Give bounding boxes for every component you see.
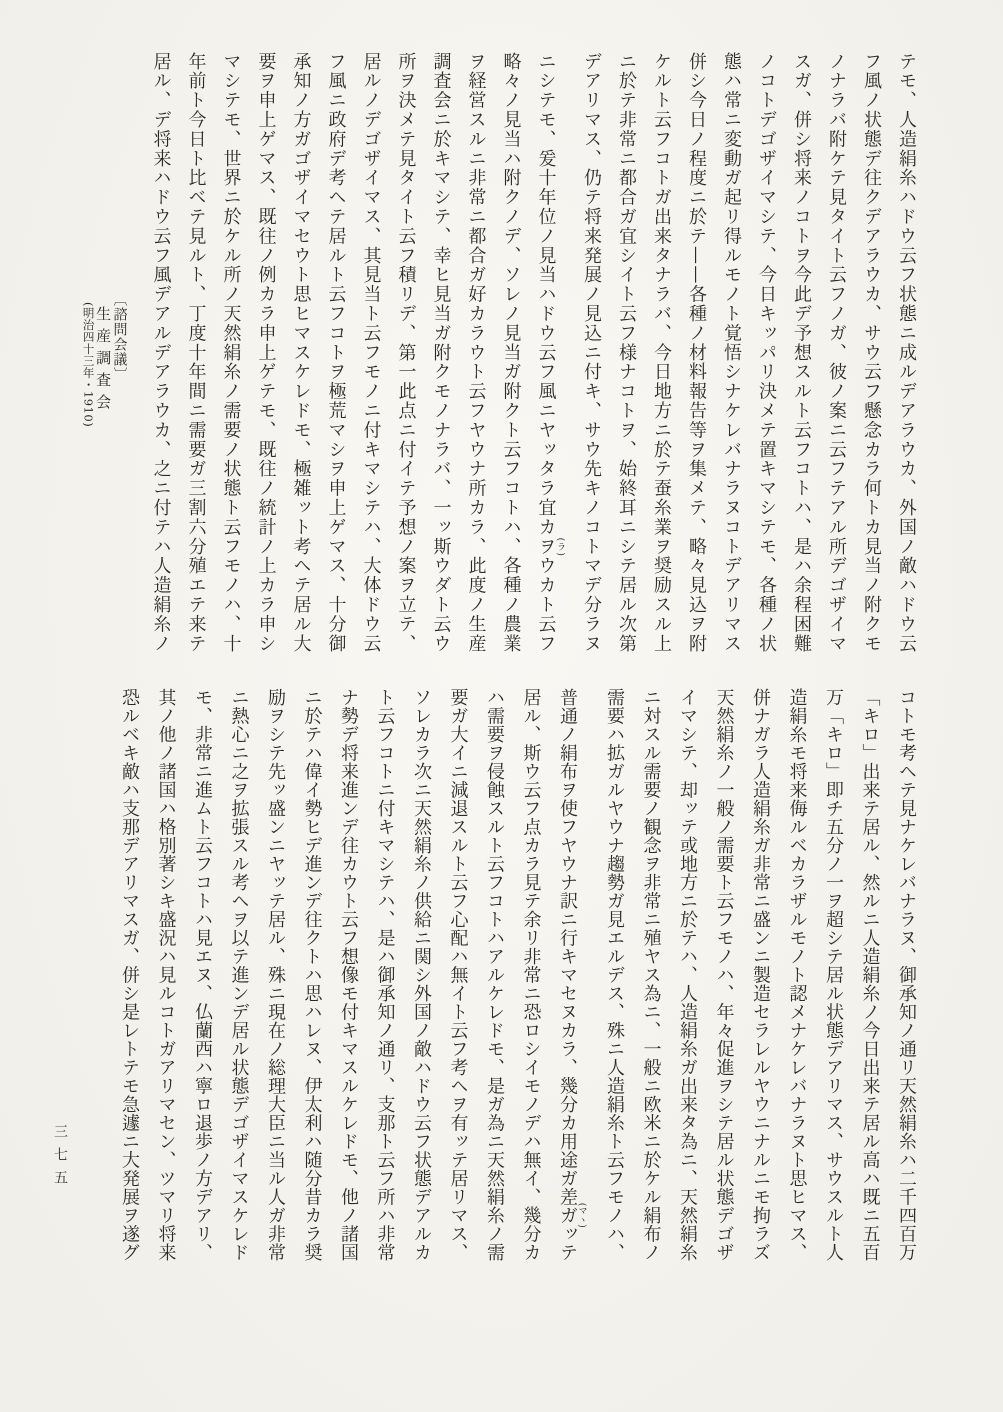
header-meeting-type: 〔諮問会議〕 <box>111 292 126 427</box>
text-column: 併シ今日ノ程度ニ於テ——各種ノ材料報告等ヲ集メテ、略々見込ヲ附 <box>687 52 705 672</box>
text-column: 要ガ大イニ減退スルト云フ心配ハ無イト云フ考ヘヲ有ッテ居リマス、 <box>449 688 467 1278</box>
text-column: 天然絹糸ノ一般ノ需要ト云フモノハ、年々促進ヲシテ居ル状態デゴザ <box>715 688 733 1278</box>
text-column: ケルト云フコトガ出来タナラバ、今日地方ニ於テ蚕糸業ヲ奨励スル上 <box>652 52 670 672</box>
text-column: 併ナガラ人造絹糸ガ非常ニ盛ンニ製造セラレルヤウニナルニモ拘ラズ <box>751 688 769 1278</box>
text-column: マシテモ、世界ニ於ケル所ノ天然絹糸ノ需要ノ状態ト云フモノハ、十 <box>222 52 240 672</box>
top-text-block: テモ、人造絹糸ハドウ云フ状態ニ成ルデアラウカ、外国ノ敵ハドウ云フ風ノ状態デ往クデ… <box>135 52 916 672</box>
header-council-title: 生産調査会 <box>95 306 112 427</box>
text-column: ソレカラ次ニ天然絹糸ノ供給ニ関シ外国ノ敵ハドウ云フ状態デアルカ <box>412 688 430 1278</box>
text-column: 居ル、デ将来ハドウ云フ風デアルデアラウカ、之ニ付テハ人造絹糸ノ <box>152 52 170 672</box>
text-column: 励ヲシテ先ッ盛ンニヤッテ居ル、殊ニ現在ノ総理大臣ニ当ル人ガ非常 <box>266 688 284 1278</box>
text-column: 万「キロ」即チ五分ノ一ヲ超シテ居ル状態デアリマス、サウスルト人 <box>824 688 842 1278</box>
text-column: イマシテ、却ッテ或地方ニ於テハ、人造絹糸ガ出来タ為ニ、天然絹糸 <box>678 688 696 1278</box>
bottom-text-block: コトモ考ヘテ見ナケレバナラヌ、御承知ノ通リ天然絹糸ハ二千四百万「キロ」出来テ居ル… <box>102 688 916 1278</box>
text-column: 所ヲ決メテ見タイト云フ積リデ、第一此点ニ付イテ予想ノ案ヲ立テ、 <box>397 52 415 672</box>
text-column: ト云フコトニ付キマシテハ、是ハ御承知ノ通リ、支那ト云フ所ハ非常 <box>376 688 394 1278</box>
running-header: 〔諮問会議〕 生産調査会 (明治四十三年・1910) <box>82 292 127 427</box>
text-column: 造絹糸モ将来侮ルベカラザルモノト認メナケレバナラヌト思ヒマス、 <box>788 688 806 1278</box>
text-column: 年前ト今日ト比ベテ見ルト、丁度十年間ニ需要ガ三割六分殖エテ来テ <box>187 52 205 672</box>
text-column: ハ需要ヲ侵蝕スルト云フコトハアルケレドモ、是ガ為ニ天然絹糸ノ需 <box>485 688 503 1278</box>
page-number: 三七五 <box>50 1124 70 1193</box>
text-column: 需要ハ拡ガルヤウナ趨勢ガ見エルデス、殊ニ人造絹糸ト云フモノハ、 <box>605 688 623 1278</box>
text-column: デアリマス、仍テ将来発展ノ見込ニ付キ、サウ先キノコトマデ分ラヌ <box>582 52 600 672</box>
text-column: ノナラバ附ケテ見タイト云フノガ、彼ノ案ニ云フテアル所デゴザイマ <box>827 52 845 672</box>
text-column: 承知ノ方ガゴザイマセウト思ヒマスケレドモ、極雑ット考ヘテ居ル大 <box>292 52 310 672</box>
scanned-document-page: テモ、人造絹糸ハドウ云フ状態ニ成ルデアラウカ、外国ノ敵ハドウ云フ風ノ状態デ往クデ… <box>0 0 1003 1412</box>
text-column: フ風ニ政府デ考ヘテ居ルト云フコトヲ極荒マシヲ申上ゲマス、十分御 <box>327 52 345 672</box>
text-column: 「キロ」出来テ居ル、然ルニ人造絹糸ノ今日出来テ居ル高ハ既ニ五百 <box>861 688 879 1278</box>
text-column: コトモ考ヘテ見ナケレバナラヌ、御承知ノ通リ天然絹糸ハ二千四百万 <box>897 688 915 1278</box>
text-column: フ風ノ状態デ往クデアラウカ、サウ云フ懸念カラ何トカ見当ノ附クモ <box>862 52 880 672</box>
text-column: ヲ経営スルニ非常ニ都合ガ好カラウト云フヤウナ所カラ、此度ノ生産 <box>467 52 485 672</box>
text-column: ニ対スル需要ノ観念ヲ非常ニ殖ヤス為ニ、一般ニ欧米ニ於ケル絹布ノ <box>642 688 660 1278</box>
text-column: 要ヲ申上ゲマス、既往ノ例カラ申上ゲテモ、既往ノ統計ノ上カラ申シ <box>257 52 275 672</box>
text-column: ノコトデゴザイマシテ、今日キッパリ決メテ置キマシテモ、各種ノ状 <box>757 52 775 672</box>
text-column: スガ、併シ将来ノコトヲ今此デ予想スルト云フコトハ、是ハ余程困難 <box>792 52 810 672</box>
text-column: 態ハ常ニ変動ガ起リ得ルモノト覚悟シナケレバナラヌコトデアリマス <box>722 52 740 672</box>
text-column: テモ、人造絹糸ハドウ云フ状態ニ成ルデアラウカ、外国ノ敵ハドウ云 <box>897 52 915 672</box>
text-column: 略々ノ見当ハ附クノデ、ソレノ見当ガ附クト云フコトハ、各種ノ農業 <box>502 52 520 672</box>
text-column: ニ於テ非常ニ都合ガ宜シイト云フ様ナコトヲ、始終耳ニシテ居ル次第 <box>617 52 635 672</box>
text-column: 調査会ニ於キマシテ、幸ヒ見当ガ附クモノナラバ、一ッ斯ウダト云ウ <box>432 52 450 672</box>
header-date: (明治四十三年・1910) <box>82 302 95 427</box>
text-column: ニシテモ、爰十年位ノ見当ハドウ云フ風ニヤッタラ宜カヲ(ラ)ウカト云フ <box>537 52 566 672</box>
text-column: 其ノ他ノ諸国ハ格別著シキ盛況ハ見ルコトガアリマセン、ツマリ将来 <box>157 688 175 1278</box>
text-column: ニ於テハ偉イ勢ヒデ進ンデ往クトハ思ハレヌ、伊太利ハ随分昔カラ奨 <box>303 688 321 1278</box>
text-column: ナ勢デ将来進ンデ往カウト云フ想像モ付キマスルケレドモ、他ノ諸国 <box>339 688 357 1278</box>
text-column: 居ル、斯ウ云フ点カラ見テ余リ非常ニ恐ロシイモノデハ無イ、幾分カ <box>522 688 540 1278</box>
text-column: モ、非常ニ進ムト云フコトハ見エヌ、仏蘭西ハ寧ロ退歩ノ方デアリ、 <box>193 688 211 1278</box>
text-column: ニ熱心ニ之ヲ拡張スル考ヘヲ以テ進ンデ居ル状態デゴザイマスケレド <box>230 688 248 1278</box>
text-column: 普通ノ絹布ヲ使フヤウナ訳ニ行キマセヌカラ、幾分カ用途ガ差ガ(マヽ)ッテ <box>558 688 587 1278</box>
text-column: 居ルノデゴザイマス、其見当ト云フモノニ付キマシテハ、大体ドウ云 <box>362 52 380 672</box>
text-column: 恐ルベキ敵ハ支那デアリマスガ、併シ是レトテモ急遽ニ大発展ヲ遂グ <box>120 688 138 1278</box>
